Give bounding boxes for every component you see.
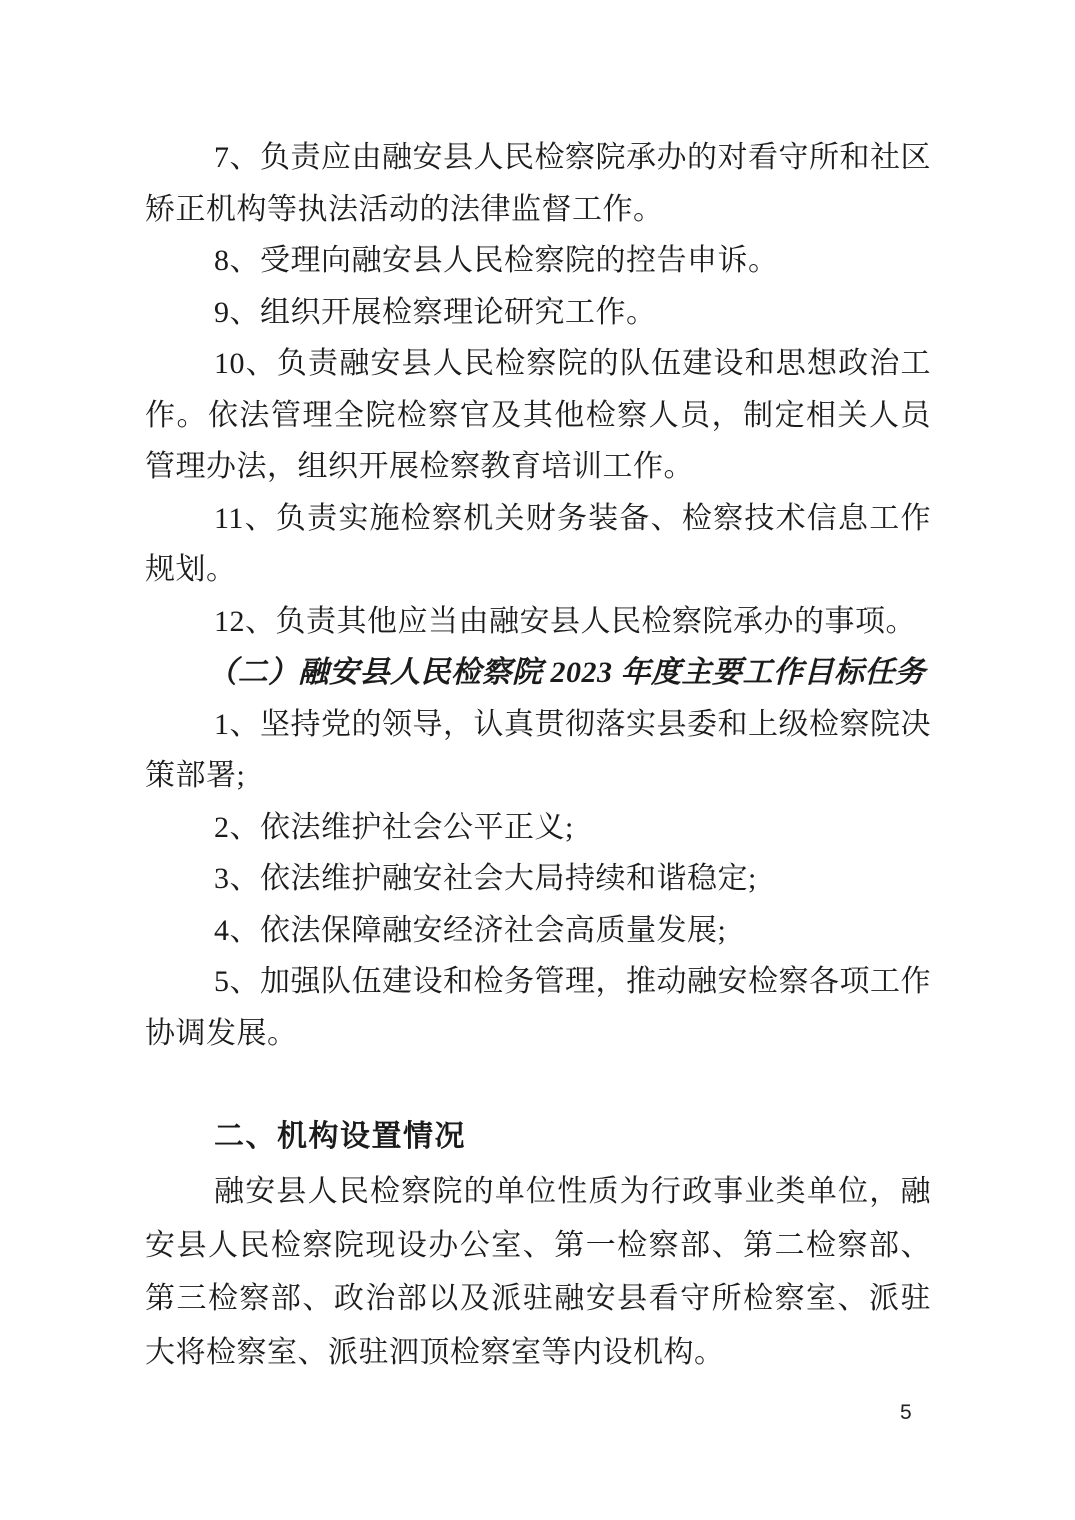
text-line: 二、机构设置情况	[145, 1111, 931, 1163]
text-line: 1、坚持党的领导，认真贯彻落实县委和上级检察院决	[145, 699, 931, 751]
text-line: 8、受理向融安县人民检察院的控告申诉。	[145, 235, 931, 287]
text-line: 第三检察部、政治部以及派驻融安县看守所检察室、派驻	[145, 1272, 931, 1326]
text-line: 5、加强队伍建设和检务管理，推动融安检察各项工作	[145, 956, 931, 1008]
paragraph-goal-2: 2、依法维护社会公平正义;	[145, 802, 931, 854]
text-line: 9、组织开展检察理论研究工作。	[145, 287, 931, 339]
text-line: 管理办法，组织开展检察教育培训工作。	[145, 441, 931, 493]
text-line: 12、负责其他应当由融安县人民检察院承办的事项。	[145, 596, 931, 648]
text-line: 2、依法维护社会公平正义;	[145, 802, 931, 854]
text-line: 安县人民检察院现设办公室、第一检察部、第二检察部、	[145, 1219, 931, 1273]
document-page: 7、负责应由融安县人民检察院承办的对看守所和社区矫正机构等执法活动的法律监督工作…	[0, 0, 1075, 1520]
text-line: 策部署;	[145, 750, 931, 802]
text-line: 协调发展。	[145, 1008, 931, 1060]
paragraph-item-7: 7、负责应由融安县人民检察院承办的对看守所和社区矫正机构等执法活动的法律监督工作…	[145, 132, 931, 235]
paragraph-item-10: 10、负责融安县人民检察院的队伍建设和思想政治工作。依法管理全院检察官及其他检察…	[145, 338, 931, 493]
text-line: 大将检察室、派驻泗顶检察室等内设机构。	[145, 1326, 931, 1380]
subsection-heading-2: （二）融安县人民检察院 2023 年度主要工作目标任务	[145, 647, 931, 699]
text-line: 3、依法维护融安社会大局持续和谐稳定;	[145, 853, 931, 905]
document-body: 7、负责应由融安县人民检察院承办的对看守所和社区矫正机构等执法活动的法律监督工作…	[145, 132, 931, 1379]
paragraph-goal-1: 1、坚持党的领导，认真贯彻落实县委和上级检察院决策部署;	[145, 699, 931, 802]
paragraph-goal-5: 5、加强队伍建设和检务管理，推动融安检察各项工作协调发展。	[145, 956, 931, 1059]
paragraph-item-8: 8、受理向融安县人民检察院的控告申诉。	[145, 235, 931, 287]
paragraph-item-9: 9、组织开展检察理论研究工作。	[145, 287, 931, 339]
text-line: 规划。	[145, 544, 931, 596]
paragraph-item-11: 11、负责实施检察机关财务装备、检察技术信息工作规划。	[145, 493, 931, 596]
text-line: 7、负责应由融安县人民检察院承办的对看守所和社区	[145, 132, 931, 184]
text-line: 4、依法保障融安经济社会高质量发展;	[145, 905, 931, 957]
text-line: 矫正机构等执法活动的法律监督工作。	[145, 184, 931, 236]
text-line: （二）融安县人民检察院 2023 年度主要工作目标任务	[145, 647, 931, 699]
text-line: 11、负责实施检察机关财务装备、检察技术信息工作	[145, 493, 931, 545]
text-line: 10、负责融安县人民检察院的队伍建设和思想政治工	[145, 338, 931, 390]
section-heading-2: 二、机构设置情况	[145, 1111, 931, 1163]
page-number: 5	[900, 1398, 940, 1428]
paragraph-goal-4: 4、依法保障融安经济社会高质量发展;	[145, 905, 931, 957]
paragraph-item-12: 12、负责其他应当由融安县人民检察院承办的事项。	[145, 596, 931, 648]
text-line: 作。依法管理全院检察官及其他检察人员，制定相关人员	[145, 390, 931, 442]
text-line: 融安县人民检察院的单位性质为行政事业类单位，融	[145, 1165, 931, 1219]
paragraph-org-paragraph: 融安县人民检察院的单位性质为行政事业类单位，融安县人民检察院现设办公室、第一检察…	[145, 1165, 931, 1379]
paragraph-goal-3: 3、依法维护融安社会大局持续和谐稳定;	[145, 853, 931, 905]
